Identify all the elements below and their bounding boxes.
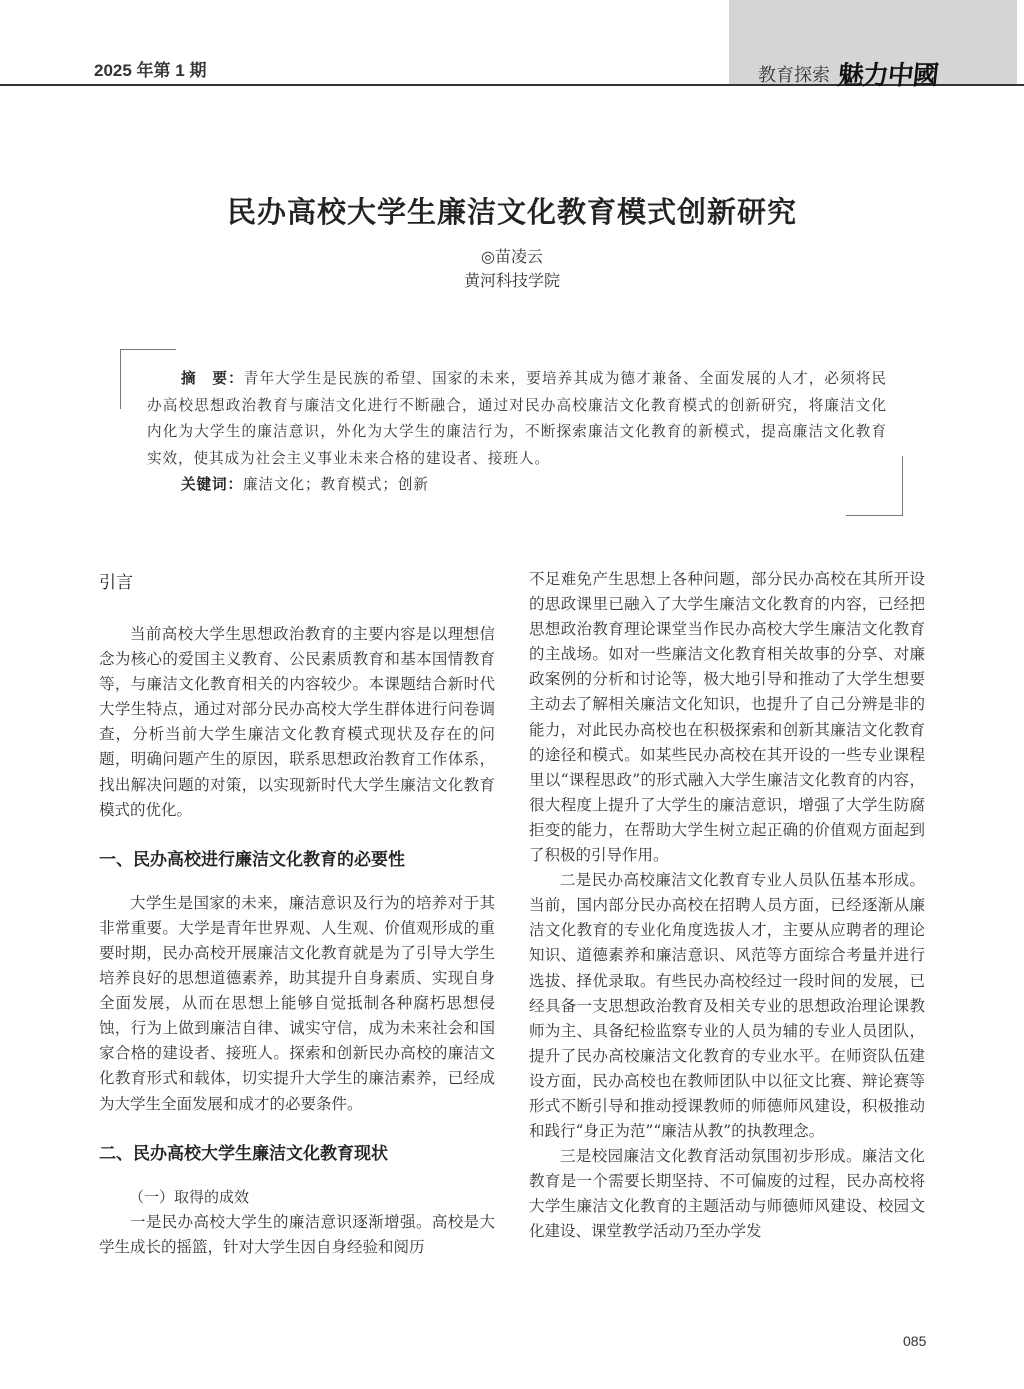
abstract-bracket-top-left-vertical	[120, 349, 121, 409]
article-affiliation: 黄河科技学院	[0, 268, 1024, 291]
section2-paragraph3: 三是校园廉洁文化教育活动氛围初步形成。廉洁文化教育是一个需要长期坚持、不可偏废的…	[529, 1144, 925, 1244]
journal-logo-icon: 魅力中國	[836, 55, 940, 92]
section1-paragraph: 大学生是国家的未来，廉洁意识及行为的培养对于其非常重要。大学是青年世界观、人生观…	[99, 891, 495, 1117]
column-header: 教育探索 魅力中國	[758, 55, 938, 92]
abstract-bracket-bottom-right-vertical	[902, 456, 903, 516]
abstract-paragraph: 摘 要：青年大学生是民族的希望、国家的未来，要培养其成为德才兼备、全面发展的人才…	[147, 366, 887, 472]
abstract-label: 摘 要：	[181, 371, 244, 387]
section1-heading: 一、民办高校进行廉洁文化教育的必要性	[99, 847, 495, 873]
keywords-text: 廉洁文化；教育模式；创新	[243, 476, 429, 493]
body-column-right: 不足难免产生思想上各种问题，部分民办高校在其所开设的思政课里已融入了大学生廉洁文…	[529, 567, 925, 1245]
section2-paragraph1-start: 一是民办高校大学生的廉洁意识逐渐增强。高校是大学生成长的摇篮，针对大学生因自身经…	[99, 1210, 495, 1260]
abstract-text: 青年大学生是民族的希望、国家的未来，要培养其成为德才兼备、全面发展的人才，必须将…	[147, 370, 887, 467]
section2-subheading: （一）取得的成效	[99, 1185, 495, 1210]
page-number: 085	[903, 1333, 926, 1349]
abstract-bracket-top-left	[120, 349, 176, 350]
abstract-block: 摘 要：青年大学生是民族的希望、国家的未来，要培养其成为德才兼备、全面发展的人才…	[147, 366, 887, 499]
section2-paragraph1-continued: 不足难免产生思想上各种问题，部分民办高校在其所开设的思政课里已融入了大学生廉洁文…	[529, 567, 925, 868]
journal-issue: 2025 年第 1 期	[94, 56, 206, 81]
body-column-left: 引言 当前高校大学生思想政治教育的主要内容是以理想信念为核心的爱国主义教育、公民…	[99, 570, 495, 1260]
keywords-paragraph: 关键词：廉洁文化；教育模式；创新	[147, 472, 887, 499]
keywords-label: 关键词：	[181, 477, 243, 493]
section2-paragraph2: 二是民办高校廉洁文化教育专业人员队伍基本形成。当前，国内部分民办高校在招聘人员方…	[529, 868, 925, 1144]
intro-paragraph: 当前高校大学生思想政治教育的主要内容是以理想信念为核心的爱国主义教育、公民素质教…	[99, 622, 495, 823]
article-author: ◎苗凌云	[0, 244, 1024, 267]
article-title: 民办高校大学生廉洁文化教育模式创新研究	[0, 190, 1024, 231]
section2-heading: 二、民办高校大学生廉洁文化教育现状	[99, 1141, 495, 1167]
abstract-bracket-bottom-right	[846, 515, 903, 516]
column-name: 教育探索	[758, 61, 830, 87]
intro-heading: 引言	[99, 570, 495, 596]
